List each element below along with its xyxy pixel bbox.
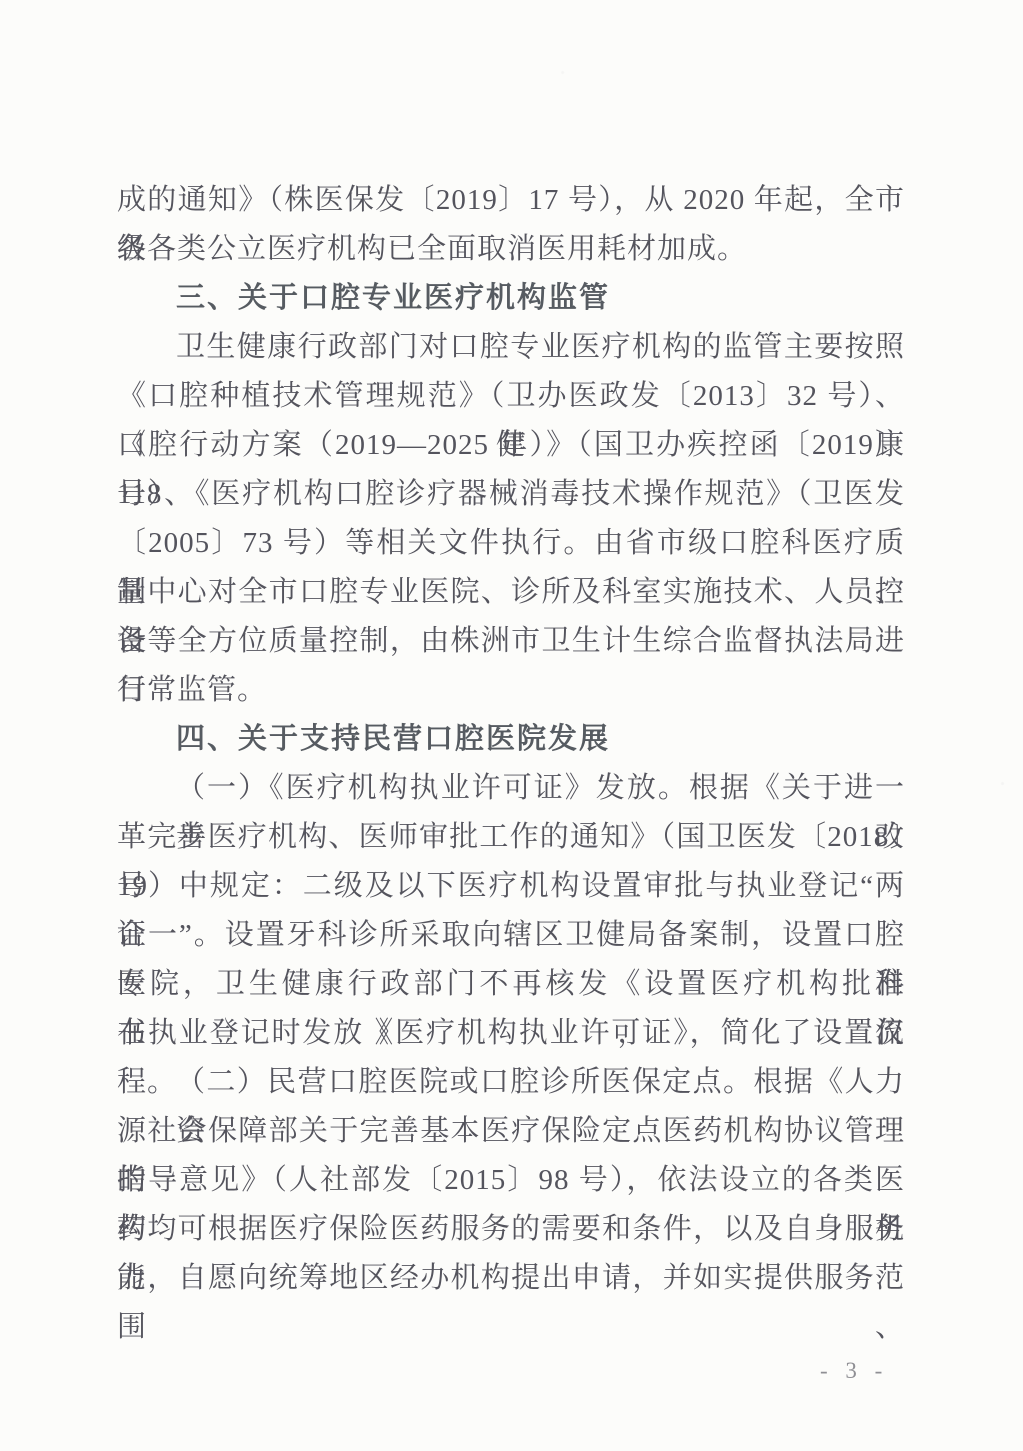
text-line: 号）中规定：二级及以下医疗机构设置审批与执业登记“两证 bbox=[117, 862, 905, 911]
text-line: 制中心对全市口腔专业医院、诊所及科室实施技术、人员、设 bbox=[117, 568, 905, 617]
text-line: 卫生健康行政部门对口腔专业医疗机构的监管主要按照 bbox=[117, 323, 905, 372]
text-line: 级各类公立医疗机构已全面取消医用耗材加成。 bbox=[117, 225, 905, 274]
document-body: 成的通知》（株医保发〔2019〕17 号），从 2020 年起，全市各级各类公立… bbox=[117, 176, 905, 1303]
text-line: 《口腔种植技术管理规范》（卫办医政发〔2013〕32 号）、《健康 bbox=[117, 372, 905, 421]
text-line: 构均可根据医疗保险医药服务的需要和条件，以及自身服务能 bbox=[117, 1205, 905, 1254]
text-line: 革完善医疗机构、医师审批工作的通知》（国卫医发〔2018〕19 bbox=[117, 813, 905, 862]
text-line: 备等全方位质量控制，由株洲市卫生计生综合监督执法局进行 bbox=[117, 617, 905, 666]
text-line: 成的通知》（株医保发〔2019〕17 号），从 2020 年起，全市各 bbox=[117, 176, 905, 225]
section-heading: 四、关于支持民营口腔医院发展 bbox=[117, 715, 905, 764]
section-heading: 三、关于口腔专业医疗机构监管 bbox=[117, 274, 905, 323]
page-number: - 3 - bbox=[820, 1358, 883, 1384]
text-line: 在执业登记时发放《医疗机构执业许可证》，简化了设置流程。 bbox=[117, 1009, 905, 1058]
text-line: 医院，卫生健康行政部门不再核发《设置医疗机构批准书》，仅 bbox=[117, 960, 905, 1009]
text-line: 力，自愿向统筹地区经办机构提出申请，并如实提供服务范围、 bbox=[117, 1254, 905, 1303]
text-line: 合一”。设置牙科诊所采取向辖区卫健局备案制，设置口腔专科 bbox=[117, 911, 905, 960]
text-line: 指导意见》（人社部发〔2015〕98 号），依法设立的各类医药机 bbox=[117, 1156, 905, 1205]
text-line: 日常监管。 bbox=[117, 666, 905, 715]
text-line: （一）《医疗机构执业许可证》发放。根据《关于进一步改 bbox=[117, 764, 905, 813]
text-line: 口腔行动方案（2019—2025 年）》（国卫办疾控函〔2019〕118 bbox=[117, 421, 905, 470]
text-line: 〔2005〕73 号）等相关文件执行。由省市级口腔科医疗质量控 bbox=[117, 519, 905, 568]
text-line: 号）、《医疗机构口腔诊疗器械消毒技术操作规范》（卫医发 bbox=[117, 470, 905, 519]
scanned-document-page: 成的通知》（株医保发〔2019〕17 号），从 2020 年起，全市各级各类公立… bbox=[0, 0, 1023, 1451]
text-line: （二）民营口腔医院或口腔诊所医保定点。根据《人力资 bbox=[117, 1058, 905, 1107]
text-line: 源社会保障部关于完善基本医疗保险定点医药机构协议管理的 bbox=[117, 1107, 905, 1156]
